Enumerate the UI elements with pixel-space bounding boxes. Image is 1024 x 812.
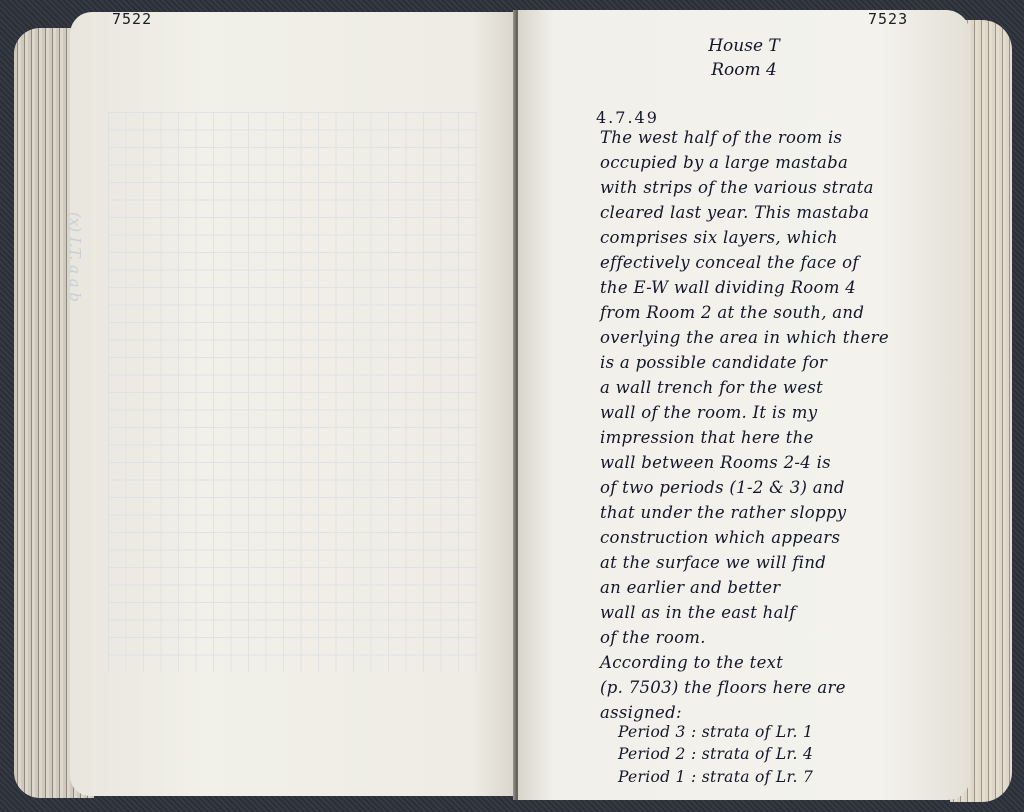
text-line: of the room.: [600, 628, 706, 647]
text-line: with strips of the various strata: [600, 178, 874, 197]
text-line: impression that here the: [600, 428, 814, 447]
text-line: Period 1 : strata of Lr. 7: [618, 768, 813, 786]
text-line: effectively conceal the face of: [600, 253, 859, 272]
right-page: House T Room 4 4.7.49 The west half of t…: [518, 10, 970, 800]
text-line: that under the rather sloppy: [600, 503, 846, 522]
text-line: an earlier and better: [600, 578, 780, 597]
text-line: occupied by a large mastaba: [600, 153, 848, 172]
left-page: (x) I.T. a a b: [70, 12, 516, 796]
text-line: from Room 2 at the south, and: [600, 303, 864, 322]
text-line: the E-W wall dividing Room 4: [600, 278, 856, 297]
grid-paper: [108, 112, 478, 672]
entry-date: 4.7.49: [596, 108, 659, 127]
text-line: at the surface we will find: [600, 553, 826, 572]
text-line: wall between Rooms 2-4 is: [600, 453, 831, 472]
text-line: is a possible candidate for: [600, 353, 827, 372]
text-line: Period 2 : strata of Lr. 4: [618, 745, 813, 763]
text-line: overlying the area in which there: [600, 328, 889, 347]
left-page-number: 7522: [112, 10, 152, 28]
text-line: comprises six layers, which: [600, 228, 838, 247]
text-line: assigned:: [600, 703, 682, 722]
heading-room: Room 4: [518, 60, 970, 80]
text-line: a wall trench for the west: [600, 378, 823, 397]
text-line: (p. 7503) the floors here are: [600, 678, 846, 697]
heading-house: House T: [518, 36, 970, 56]
text-line: construction which appears: [600, 528, 840, 547]
right-page-number: 7523: [868, 10, 908, 28]
bleed-through-ink: (x) I.T. a a b: [66, 212, 84, 302]
text-line: According to the text: [600, 653, 783, 672]
text-line: wall of the room. It is my: [600, 403, 817, 422]
text-line: Period 3 : strata of Lr. 1: [618, 723, 813, 741]
text-line: cleared last year. This mastaba: [600, 203, 869, 222]
text-line: The west half of the room is: [600, 128, 842, 147]
text-line: wall as in the east half: [600, 603, 796, 622]
text-line: of two periods (1-2 & 3) and: [600, 478, 845, 497]
